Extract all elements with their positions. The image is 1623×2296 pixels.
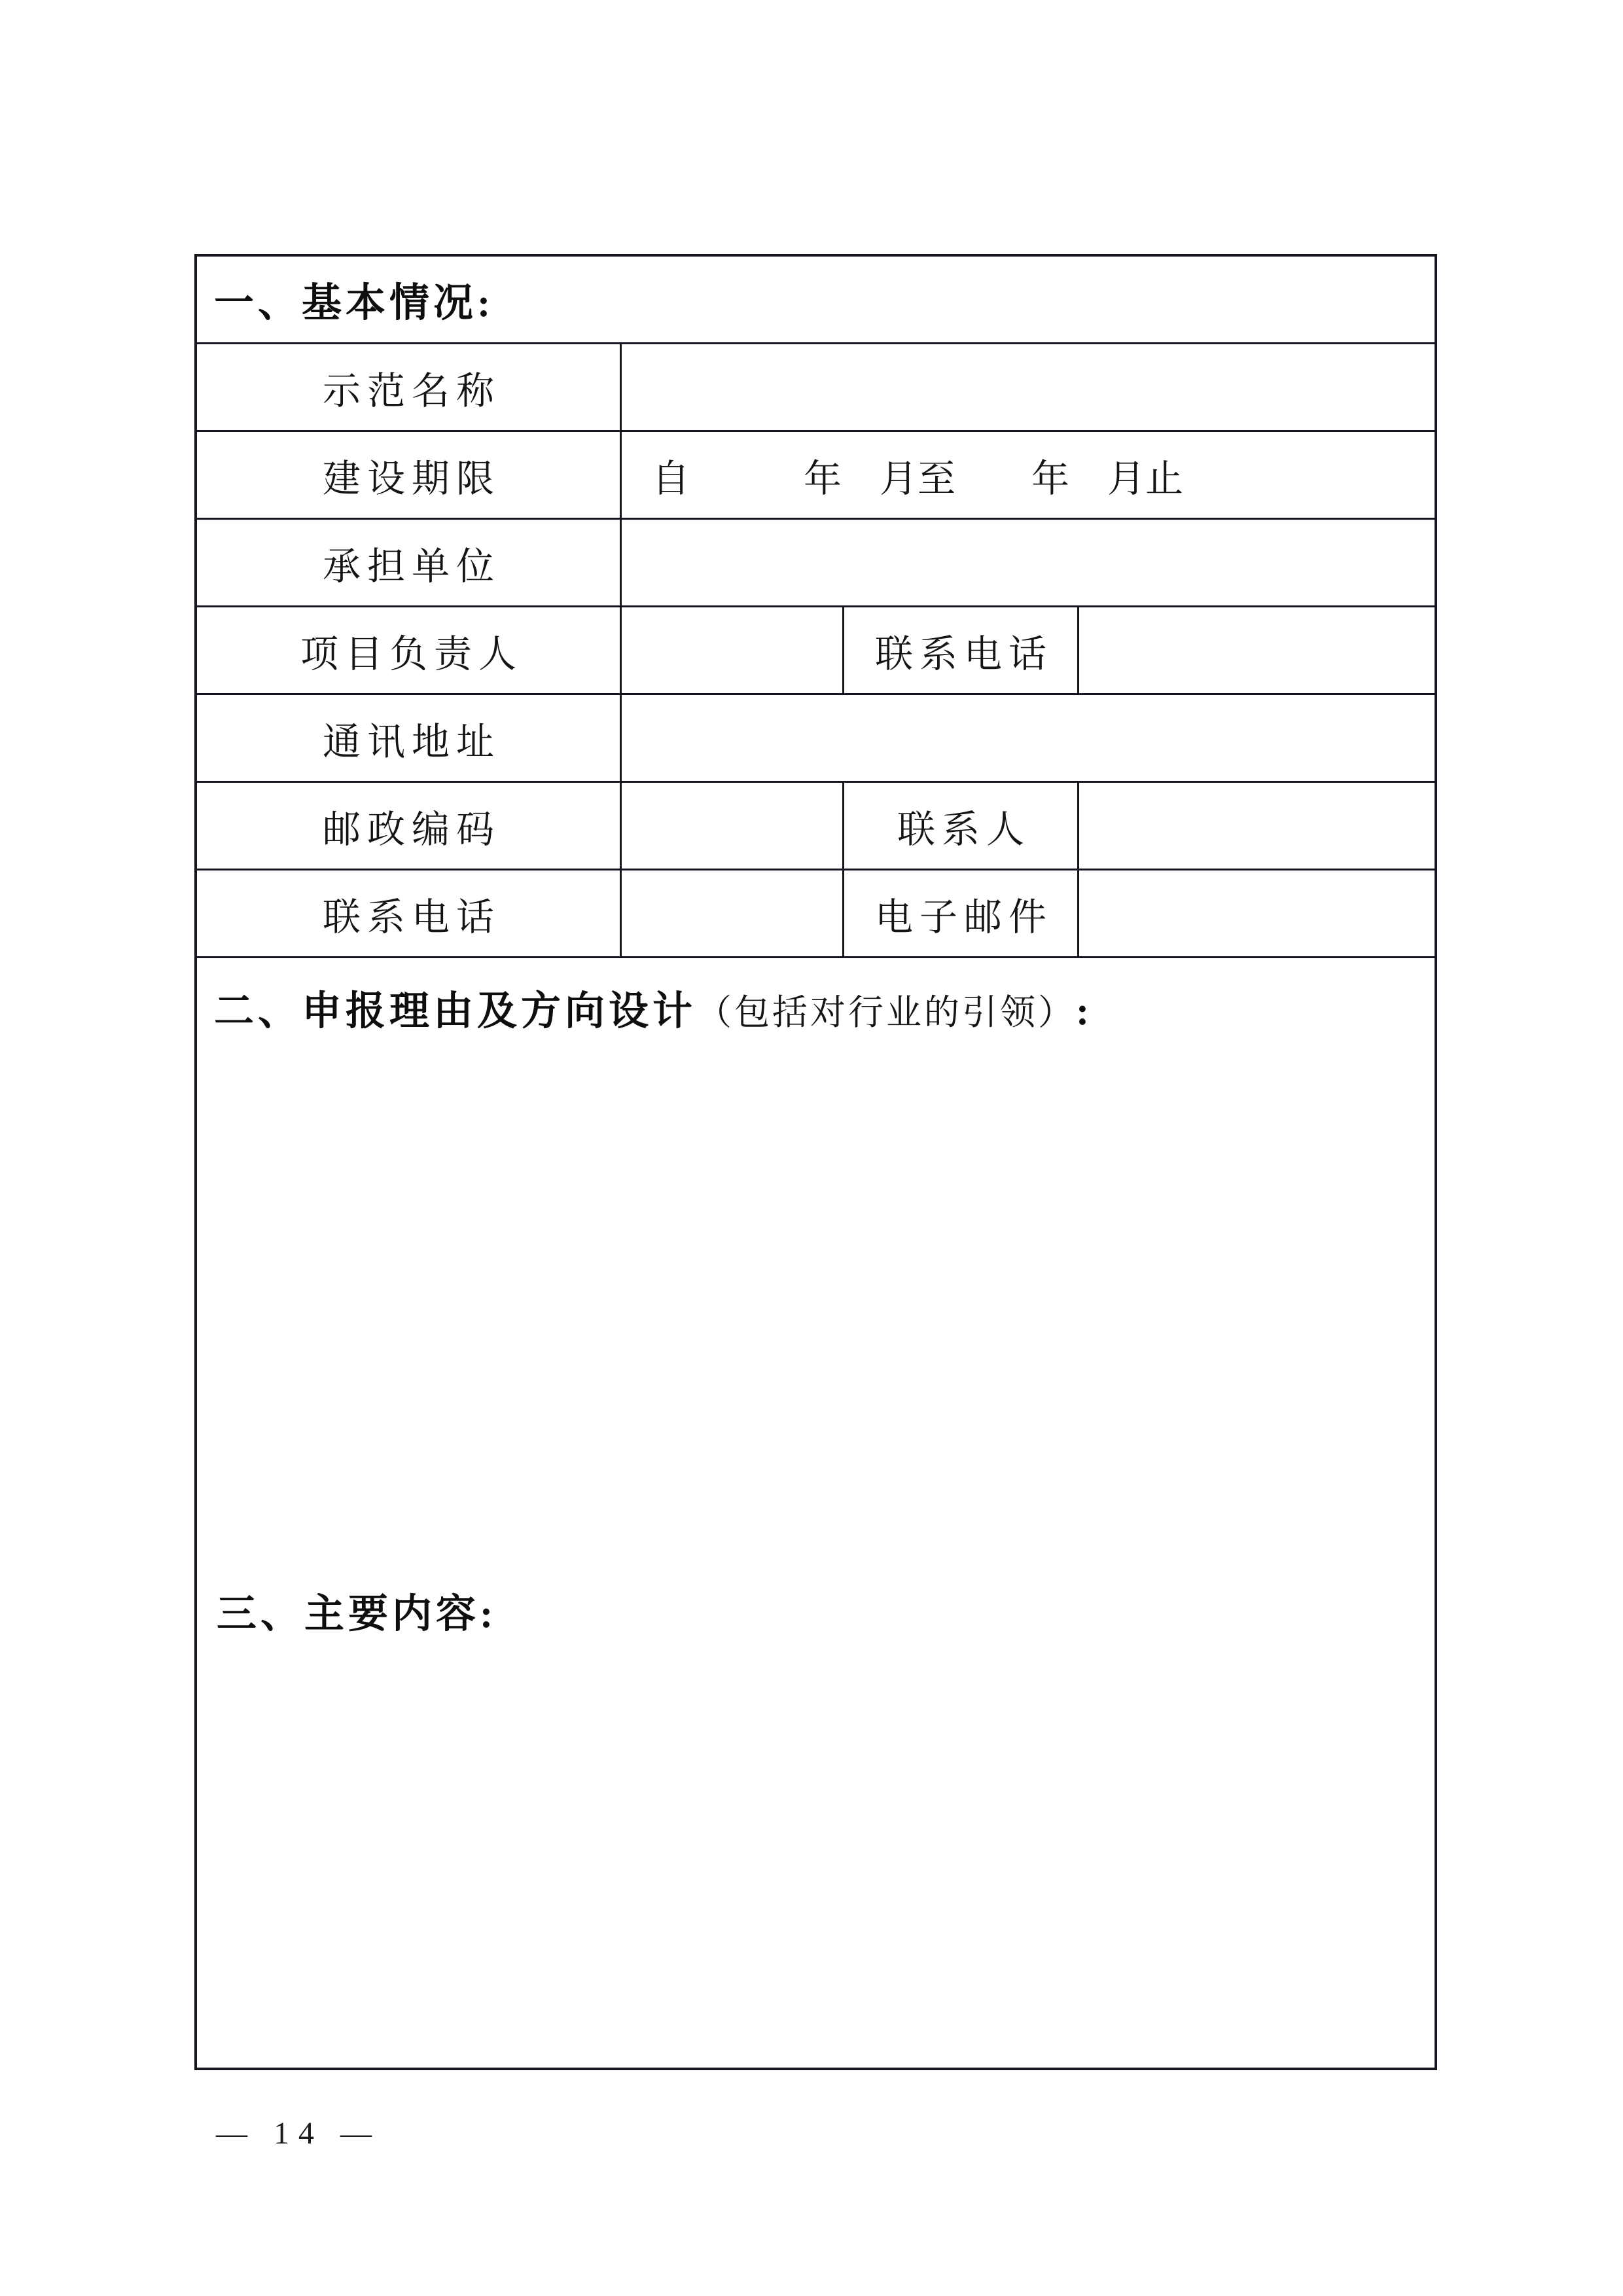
project-leader-label-cell: 项目负责人 xyxy=(197,607,620,693)
build-period-value: 自 年 月至 年 月止 xyxy=(652,448,1183,503)
leader-phone-label: 联系电话 xyxy=(868,623,1053,678)
undertaking-unit-label: 承担单位 xyxy=(316,535,501,590)
row-build-period: 建设期限 自 年 月至 年 月止 xyxy=(197,432,1435,520)
section3-title: 三、主要内容: xyxy=(217,1592,497,1636)
mailing-address-value-cell xyxy=(620,695,1435,781)
row-demo-name: 示范名称 xyxy=(197,344,1435,432)
section3-heading: 三、主要内容: xyxy=(217,1582,497,1639)
section2-title-bold: 二、申报理由及方向设计 xyxy=(214,990,696,1033)
postal-code-label: 邮政编码 xyxy=(316,798,501,853)
scanned-form-page: 一、基本情况: 示范名称 建设期限 自 年 月至 年 月止 承担单位 xyxy=(0,0,1623,2296)
row-project-leader: 项目负责人 联系电话 xyxy=(197,607,1435,695)
contact-phone-value-cell xyxy=(620,870,842,956)
demo-name-label: 示范名称 xyxy=(316,360,501,415)
leader-phone-label-cell: 联系电话 xyxy=(842,607,1077,693)
project-leader-label: 项目负责人 xyxy=(294,623,523,678)
contact-phone-label-cell: 联系电话 xyxy=(197,870,620,956)
section1-title: 一、基本情况: xyxy=(214,271,494,328)
row-postal-code: 邮政编码 联系人 xyxy=(197,783,1435,870)
section2-title-paren: （包括对行业的引领） xyxy=(696,993,1076,1032)
section1-header-row: 一、基本情况: xyxy=(197,257,1435,344)
demo-name-value-cell xyxy=(620,344,1435,430)
application-form-table: 一、基本情况: 示范名称 建设期限 自 年 月至 年 月止 承担单位 xyxy=(194,254,1437,2070)
build-period-label-cell: 建设期限 xyxy=(197,432,620,518)
postal-code-label-cell: 邮政编码 xyxy=(197,783,620,869)
postal-code-value-cell xyxy=(620,783,842,869)
mailing-address-label-cell: 通讯地址 xyxy=(197,695,620,781)
build-period-label: 建设期限 xyxy=(316,448,501,503)
row-mailing-address: 通讯地址 xyxy=(197,695,1435,783)
contact-phone-label: 联系电话 xyxy=(316,886,501,941)
row-undertaking-unit: 承担单位 xyxy=(197,520,1435,607)
email-value-cell xyxy=(1077,870,1435,956)
contact-person-label: 联系人 xyxy=(891,798,1031,853)
email-label-cell: 电子邮件 xyxy=(842,870,1077,956)
section2-heading: 二、申报理由及方向设计（包括对行业的引领）: xyxy=(214,979,1093,1036)
section2-title-colon: : xyxy=(1076,990,1093,1033)
page-number: — 14 — xyxy=(216,2115,381,2151)
undertaking-unit-label-cell: 承担单位 xyxy=(197,520,620,605)
sections-2-3-cell: 二、申报理由及方向设计（包括对行业的引领）: 三、主要内容: xyxy=(197,958,1435,2068)
build-period-value-cell: 自 年 月至 年 月止 xyxy=(620,432,1435,518)
leader-phone-value-cell xyxy=(1077,607,1435,693)
mailing-address-label: 通讯地址 xyxy=(316,711,501,766)
contact-person-label-cell: 联系人 xyxy=(842,783,1077,869)
email-label: 电子邮件 xyxy=(868,886,1053,941)
contact-person-value-cell xyxy=(1077,783,1435,869)
demo-name-label-cell: 示范名称 xyxy=(197,344,620,430)
project-leader-value-cell xyxy=(620,607,842,693)
undertaking-unit-value-cell xyxy=(620,520,1435,605)
row-contact-phone: 联系电话 电子邮件 xyxy=(197,870,1435,958)
